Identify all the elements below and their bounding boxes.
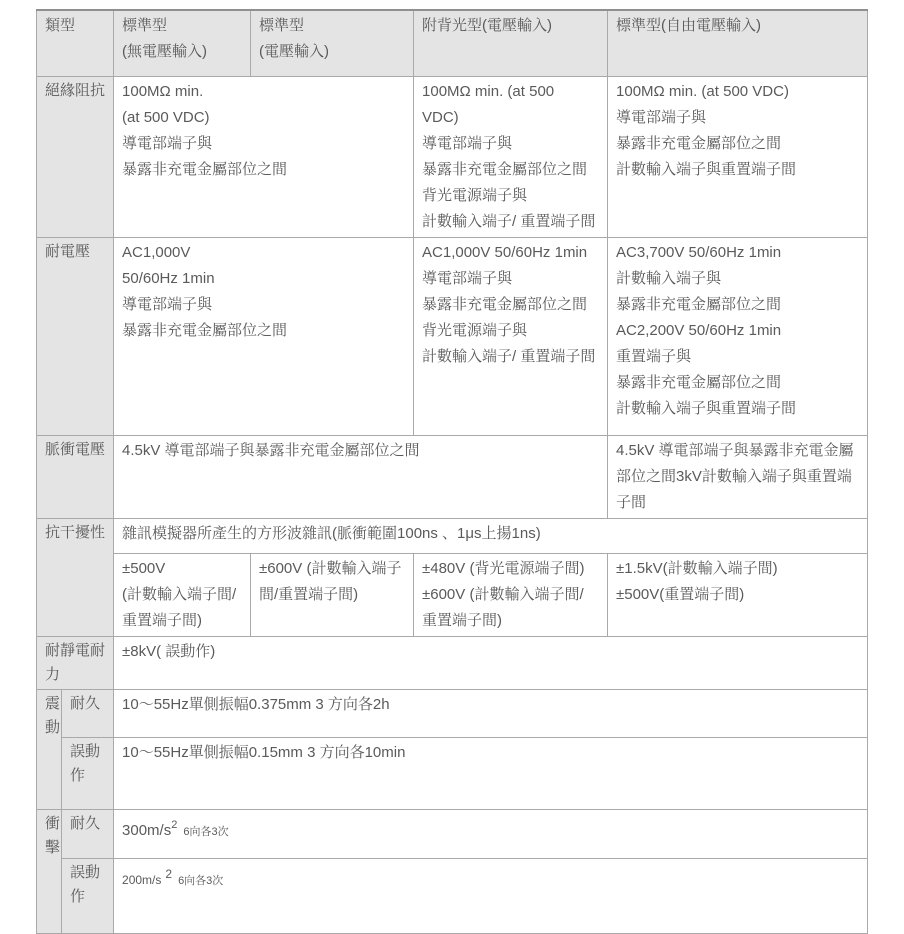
shock-durable-cell: 300m/s26向各3次 bbox=[114, 809, 868, 858]
withstand-backlight-cell: AC1,000V 50/60Hz 1min 導電部端子與 暴露非充電金屬部位之間… bbox=[414, 237, 608, 435]
row-label-withstand: 耐電壓 bbox=[37, 237, 114, 435]
row-esd: 耐靜電耐力 ±8kV( 誤動作) bbox=[37, 636, 868, 689]
row-label-vibration-malfunction: 誤動作 bbox=[62, 737, 114, 809]
row-label-shock-durable: 耐久 bbox=[62, 809, 114, 858]
noise-standard-volt-cell: ±600V (計數輸入端子間/重置端子間) bbox=[251, 553, 414, 636]
row-label-esd: 耐靜電耐力 bbox=[37, 636, 114, 689]
vibration-durable-cell: 10～55Hz單側振幅0.375mm 3 方向各2h bbox=[114, 689, 868, 737]
shock-malfunction-cell: 200m/s26向各3次 bbox=[114, 858, 868, 904]
shock-durable-value: 300m/s bbox=[122, 822, 171, 839]
row-insulation: 絕緣阻抗 100MΩ min. (at 500 VDC) 導電部端子與 暴露非充… bbox=[37, 76, 868, 237]
header-standard-volt: 標準型 (電壓輸入) bbox=[251, 10, 414, 76]
noise-free-cell: ±1.5kV(計數輸入端子間) ±500V(重置端子間) bbox=[608, 553, 868, 636]
insulation-backlight-cell: 100MΩ min. (at 500 VDC) 導電部端子與 暴露非充電金屬部位… bbox=[414, 76, 608, 237]
row-label-vibration: 震動 bbox=[37, 689, 62, 809]
row-label-shock-malfunction: 誤動作 bbox=[62, 858, 114, 904]
row-noise-values: ±500V (計數輸入端子間/ 重置端子間) ±600V (計數輸入端子間/重置… bbox=[37, 553, 868, 636]
row-noise-common: 抗干擾性 雜訊模擬器所產生的方形波雜訊(脈衝範圍100ns 、1μs上揚1ns) bbox=[37, 518, 868, 553]
header-type: 類型 bbox=[37, 10, 114, 76]
esd-value-cell: ±8kV( 誤動作) bbox=[114, 636, 868, 689]
row-shock-malfunction: 誤動作 200m/s26向各3次 bbox=[37, 858, 868, 904]
insulation-standard-cell: 100MΩ min. (at 500 VDC) 導電部端子與 暴露非充電金屬部位… bbox=[114, 76, 414, 237]
row-label-pulse: 脈衝電壓 bbox=[37, 435, 114, 518]
shock-malfunction-superscript: 2 bbox=[165, 867, 172, 881]
row-label-insulation: 絕緣阻抗 bbox=[37, 76, 114, 237]
shock-durable-detail: 6向各3次 bbox=[183, 826, 228, 838]
header-row: 類型 標準型 (無電壓輸入) 標準型 (電壓輸入) 附背光型(電壓輸入) 標準型… bbox=[37, 10, 868, 76]
pulse-main-cell: 4.5kV 導電部端子與暴露非充電金屬部位之間 bbox=[114, 435, 608, 518]
row-withstand: 耐電壓 AC1,000V 50/60Hz 1min 導電部端子與 暴露非充電金屬… bbox=[37, 237, 868, 435]
noise-standard-novolt-cell: ±500V (計數輸入端子間/ 重置端子間) bbox=[114, 553, 251, 636]
pulse-free-cell: 4.5kV 導電部端子與暴露非充電金屬部位之間3kV計數輸入端子與重置端子間 bbox=[608, 435, 868, 518]
vibration-malfunction-cell: 10～55Hz單側振幅0.15mm 3 方向各10min bbox=[114, 737, 868, 809]
row-shock-durable: 衝擊 耐久 300m/s26向各3次 bbox=[37, 809, 868, 858]
shock-durable-superscript: 2 bbox=[171, 819, 177, 831]
header-standard-novolt: 標準型 (無電壓輸入) bbox=[114, 10, 251, 76]
row-label-shock: 衝擊 bbox=[37, 809, 62, 904]
shock-malfunction-value: 200m/s bbox=[122, 873, 161, 887]
row-label-vibration-durable: 耐久 bbox=[62, 689, 114, 737]
insulation-free-cell: 100MΩ min. (at 500 VDC) 導電部端子與 暴露非充電金屬部位… bbox=[608, 76, 868, 237]
noise-backlight-cell: ±480V (背光電源端子間) ±600V (計數輸入端子間/ 重置端子間) bbox=[414, 553, 608, 636]
withstand-free-cell: AC3,700V 50/60Hz 1min 計數輸入端子與 暴露非充電金屬部位之… bbox=[608, 237, 868, 435]
row-vibration-durable: 震動 耐久 10～55Hz單側振幅0.375mm 3 方向各2h bbox=[37, 689, 868, 737]
row-pulse: 脈衝電壓 4.5kV 導電部端子與暴露非充電金屬部位之間 4.5kV 導電部端子… bbox=[37, 435, 868, 518]
spec-table: 類型 標準型 (無電壓輸入) 標準型 (電壓輸入) 附背光型(電壓輸入) 標準型… bbox=[36, 9, 868, 904]
noise-common-cell: 雜訊模擬器所產生的方形波雜訊(脈衝範圍100ns 、1μs上揚1ns) bbox=[114, 518, 868, 553]
row-label-noise: 抗干擾性 bbox=[37, 518, 114, 636]
withstand-standard-cell: AC1,000V 50/60Hz 1min 導電部端子與 暴露非充電金屬部位之間 bbox=[114, 237, 414, 435]
shock-malfunction-detail: 6向各3次 bbox=[178, 875, 223, 887]
header-backlight: 附背光型(電壓輸入) bbox=[414, 10, 608, 76]
header-free-volt: 標準型(自由電壓輸入) bbox=[608, 10, 868, 76]
row-vibration-malfunction: 誤動作 10～55Hz單側振幅0.15mm 3 方向各10min bbox=[37, 737, 868, 809]
